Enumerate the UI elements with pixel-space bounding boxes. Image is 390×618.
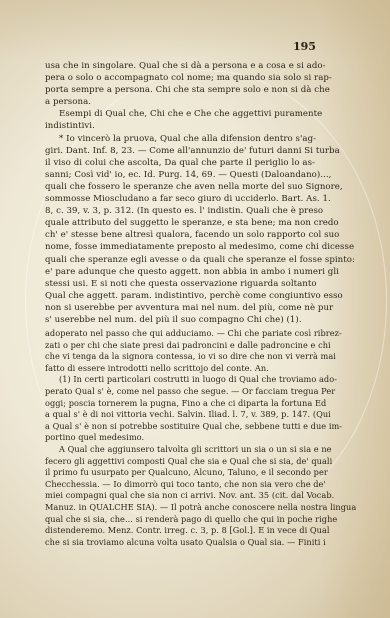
text-line: Manuz. in QUALCHE SIA). — Il potrà anche… xyxy=(45,502,315,514)
text-line: oggi; poscia tornerem la pugna, Fino a c… xyxy=(45,398,315,410)
text-line: che vi tenga da la signora contessa, io … xyxy=(45,351,315,363)
text-line: A Qual che aggiunsero talvolta gli scrit… xyxy=(45,444,315,456)
text-line: qual che si sia, che... si renderà pago … xyxy=(45,514,315,526)
text-line: nome, fosse immediatamente preposto al m… xyxy=(45,241,315,253)
text-line: adoperato nel passo che qui adduciamo. —… xyxy=(45,328,315,340)
text-line: distenderemo. Menz. Contr. irreg. c. 3, … xyxy=(45,525,315,537)
scanned-page: 195 usa che in singolare. Qual che si dà… xyxy=(0,0,390,618)
text-line: 8, c. 39, v. 3, p. 312. (In questo es. l… xyxy=(45,205,315,217)
text-line: s' userebbe nel num. del più il suo comp… xyxy=(45,314,315,326)
text-line: sanni; Così vid' io, ec. Id. Purg. 14, 6… xyxy=(45,169,315,181)
footnote-line: (1) In certi particolari costrutti in lu… xyxy=(45,374,315,386)
text-line: il primo fu usurpato per Qualcuno, Alcun… xyxy=(45,467,315,479)
page-shadow-top xyxy=(0,0,390,60)
main-text-block: usa che in singolare. Qual che si dà a p… xyxy=(45,60,315,326)
text-line: quali che fossero le speranze che aven n… xyxy=(45,181,315,193)
text-line: non si userebbe per avventura mai nel nu… xyxy=(45,302,315,314)
text-line: stessi usi. E si noti che questa osserva… xyxy=(45,278,315,290)
text-line: pera o solo o accompagnato col nome; ma … xyxy=(45,72,315,84)
text-line: Esempi di Qual che, Chi che e Che che ag… xyxy=(45,108,315,120)
text-line: miei compagni qual che sia non ci arrivi… xyxy=(45,490,315,502)
text-line: porta sempre a persona. Chi che sta semp… xyxy=(45,84,315,96)
text-line: quale attributo del suggetto le speranze… xyxy=(45,217,315,229)
text-line: usa che in singolare. Qual che si dà a p… xyxy=(45,60,315,72)
text-line: perato Qual s' è, come nel passo che seg… xyxy=(45,386,315,398)
text-line: il viso di colui che ascolta, Da qual ch… xyxy=(45,157,315,169)
text-line: fecero gli aggettivi composti Qual che s… xyxy=(45,456,315,468)
text-line: * Io vincerò la pruova, Qual che alla di… xyxy=(45,133,315,145)
text-line: zati o per chi che siate presi dai padro… xyxy=(45,340,315,352)
text-line: fatto di essere introdotti nello scritto… xyxy=(45,363,315,375)
text-line: Checchessia. — Io dimorrò qui toco tanto… xyxy=(45,479,315,491)
text-line: a Qual s' è non si potrebbe sostituire Q… xyxy=(45,421,315,433)
text-line: portino quel medesimo. xyxy=(45,432,315,444)
text-line: ch' e' stesse bene altresì qualora, face… xyxy=(45,229,315,241)
text-line: a qual s' è di noi vittoria vechi. Salvi… xyxy=(45,409,315,421)
text-line: sommosse Mioscludano a far seco giuro di… xyxy=(45,193,315,205)
footnote-text-block: adoperato nel passo che qui adduciamo. —… xyxy=(45,328,315,548)
text-line: Qual che aggett. param. indistintivo, pe… xyxy=(45,290,315,302)
text-line: che si sia troviamo alcuna volta usato Q… xyxy=(45,537,315,549)
text-line: giri. Dant. Inf. 8, 23. — Come all'annun… xyxy=(45,145,315,157)
text-line: quali che speranze egli avesse o da qual… xyxy=(45,254,315,266)
text-line: indistintivi. xyxy=(45,120,315,132)
text-line: e' pare adunque che questo aggett. non a… xyxy=(45,266,315,278)
text-line: a persona. xyxy=(45,96,315,108)
page-number: 195 xyxy=(293,40,316,53)
